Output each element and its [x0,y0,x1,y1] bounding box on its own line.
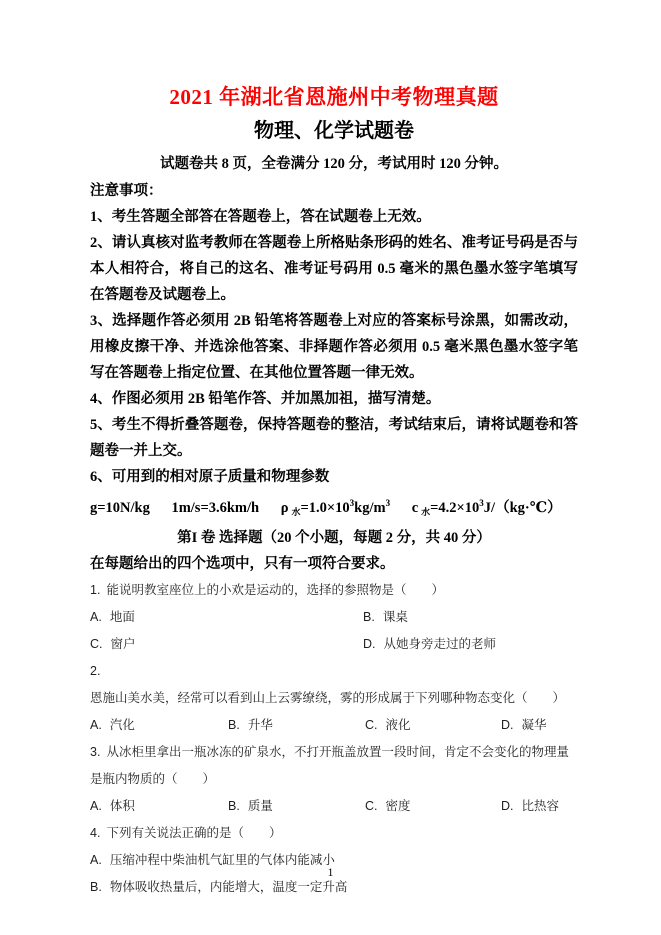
question-3-number: 3. [90,745,100,759]
notice-section: 注意事项： 1、考生答题全部答在答题卷上，答在试题卷上无效。 2、请认真核对监考… [90,178,578,525]
notice-item-4: 4、作图必须用 2B 铅笔作答、并加黑加祖，描写清楚。 [90,386,578,412]
question-3-options-row: A.体积 B.质量 C.密度 D.比热容 [90,793,578,820]
notice-item-6: 6、可用到的相对原子质量和物理参数 [90,464,578,490]
exam-info-line: 试题卷共 8 页，全卷满分 120 分，考试用时 120 分钟。 [90,152,578,176]
option-2b: B.升华 [228,712,365,739]
option-3a: A.体积 [90,793,228,820]
option-1b: B.课桌 [363,604,578,631]
notice-item-2: 2、请认真核对监考教师在答题卷上所格贴条形码的姓名、准考证号码是否与本人相符合，… [90,230,578,308]
page-number: 1 [0,866,661,880]
question-1-options-row-2: C.窗户 D.从她身旁走过的老师 [90,631,578,658]
question-1-options-row-1: A.地面 B.课桌 [90,604,578,631]
question-list: 1.能说明教室座位上的小欢是运动的，选择的参照物是（ ） A.地面 B.课桌 C… [90,577,578,901]
notice-heading: 注意事项： [90,178,578,204]
option-2a: A.汽化 [90,712,228,739]
question-2-options-row: A.汽化 B.升华 C.液化 D.凝华 [90,712,578,739]
page-title: 2021 年湖北省恩施州中考物理真题 [90,84,578,110]
exam-document-page: 2021 年湖北省恩施州中考物理真题 物理、化学试题卷 试题卷共 8 页，全卷满… [0,0,661,935]
question-4-text: 4.下列有关说法正确的是（ ） [90,820,578,847]
question-1-text: 1.能说明教室座位上的小欢是运动的，选择的参照物是（ ） [90,577,578,604]
physical-constants-line: g=10N/kg 1m/s=3.6km/h ρ水=1.0×103kg/m3 c水… [90,490,578,525]
option-2d: D.凝华 [501,712,578,739]
page-subtitle: 物理、化学试题卷 [90,116,578,146]
option-3d: D.比热容 [501,793,578,820]
question-3-text: 3.从冰柜里拿出一瓶冰冻的矿泉水，不打开瓶盖放置一段时间，肯定不会变化的物理量是… [90,739,578,793]
question-4-number: 4. [90,826,100,840]
water-specific-heat-constant: c水=4.2×103J/（kg·℃） [412,500,562,516]
section-1-instruction: 在每题给出的四个选项中，只有一项符合要求。 [90,551,578,577]
option-1a: A.地面 [90,604,363,631]
option-2c: C.液化 [365,712,501,739]
gravity-constant: g=10N/kg [90,500,150,516]
option-1d: D.从她身旁走过的老师 [363,631,578,658]
notice-item-1: 1、考生答题全部答在答题卷上，答在试题卷上无效。 [90,204,578,230]
notice-item-5: 5、考生不得折叠答题卷，保持答题卷的整洁，考试结束后，请将试题卷和答题卷一并上交… [90,412,578,464]
section-1-header: 第I 卷 选择题（20 个小题，每题 2 分，共 40 分） [90,525,578,551]
water-density-constant: ρ水=1.0×103kg/m3 [281,500,390,516]
option-3b: B.质量 [228,793,365,820]
speed-conversion-constant: 1m/s=3.6km/h [171,500,259,516]
notice-item-3: 3、选择题作答必须用 2B 铅笔将答题卷上对应的答案标号涂黑，如需改动，用橡皮擦… [90,308,578,386]
option-1c: C.窗户 [90,631,363,658]
question-2-text: 2.恩施山美水美，经常可以看到山上云雾缭绕，雾的形成属于下列哪种物态变化（ ） [90,658,578,712]
question-1-number: 1. [90,583,100,597]
option-3c: C.密度 [365,793,501,820]
question-2-number: 2. [90,664,100,678]
